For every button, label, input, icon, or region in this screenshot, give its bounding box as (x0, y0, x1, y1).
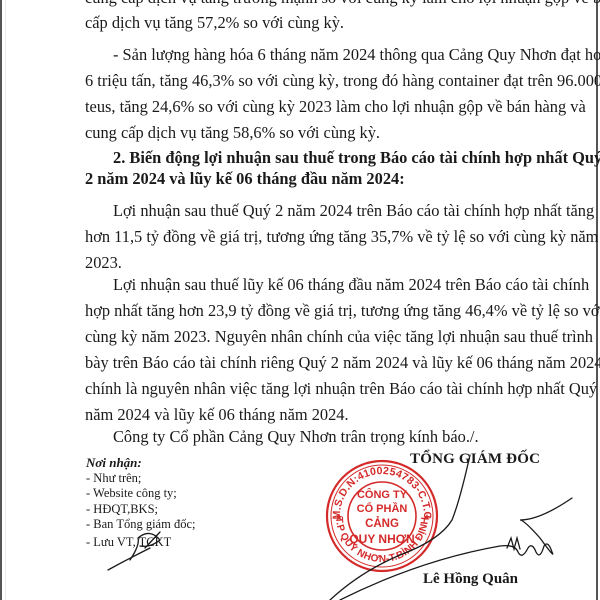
signer-name: Lê Hồng Quân (423, 571, 518, 588)
signature-scribbles (0, 0, 600, 600)
